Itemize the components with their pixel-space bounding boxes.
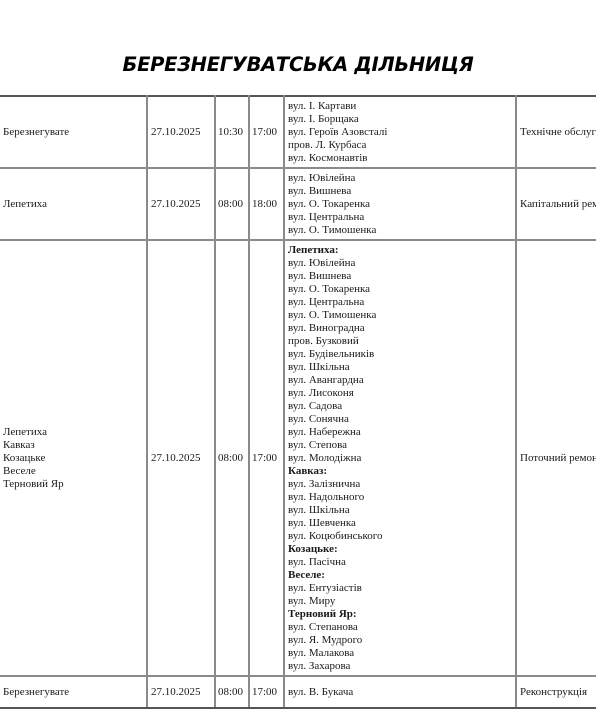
street-item: вул. Вишнева bbox=[288, 185, 515, 198]
street-item: вул. І. Картави bbox=[288, 100, 515, 113]
street-item: вул. Надольного bbox=[288, 491, 515, 504]
date-cell: 27.10.2025 bbox=[147, 96, 215, 168]
street-item: пров. Л. Курбаса bbox=[288, 139, 515, 152]
street-item: вул. Центральна bbox=[288, 211, 515, 224]
street-item: вул. Степова bbox=[288, 439, 515, 452]
settlement-group-heading: Козацьке: bbox=[288, 543, 515, 556]
street-item: вул. Захарова bbox=[288, 660, 515, 673]
street-item: вул. Шкільна bbox=[288, 504, 515, 517]
street-item: вул. Пасічна bbox=[288, 556, 515, 569]
settlement-cell: Березнегувате bbox=[0, 96, 147, 168]
street-item: пров. Бузковий bbox=[288, 335, 515, 348]
date-cell: 27.10.2025 bbox=[147, 240, 215, 676]
street-item: вул. Виноградна bbox=[288, 322, 515, 335]
street-item: вул. В. Букача bbox=[288, 686, 515, 699]
street-item: вул. Центральна bbox=[288, 296, 515, 309]
street-item: вул. Залізнична bbox=[288, 478, 515, 491]
settlement-name: Лепетиха bbox=[3, 198, 146, 211]
street-item: вул. Героїв Азовсталі bbox=[288, 126, 515, 139]
settlement-name: Веселе bbox=[3, 465, 146, 478]
settlement-name: Козацьке bbox=[3, 452, 146, 465]
street-item: вул. Авангардна bbox=[288, 374, 515, 387]
settlement-name: Кавказ bbox=[3, 439, 146, 452]
street-item: вул. Шкільна bbox=[288, 361, 515, 374]
street-item: вул. Малакова bbox=[288, 647, 515, 660]
outage-schedule-table: Березнегувате 27.10.2025 10:30 17:00 вул… bbox=[0, 95, 596, 709]
street-item: вул. Я. Мудрого bbox=[288, 634, 515, 647]
settlement-cell: ЛепетихаКавказКозацькеВеселеТерновий Яр bbox=[0, 240, 147, 676]
work-type-cell: Технічне обслуговування bbox=[516, 96, 596, 168]
streets-cell: вул. І. Картавивул. І. Борщакавул. Герої… bbox=[284, 96, 516, 168]
street-item: вул. О. Тимошенка bbox=[288, 309, 515, 322]
work-type-cell: Реконструкція bbox=[516, 676, 596, 708]
time-from-cell: 08:00 bbox=[215, 168, 249, 240]
street-item: вул. Лисоконя bbox=[288, 387, 515, 400]
time-to-cell: 17:00 bbox=[249, 240, 284, 676]
street-item: вул. Вишнева bbox=[288, 270, 515, 283]
streets-cell: вул. Ювілейнавул. Вишневавул. О. Токарен… bbox=[284, 168, 516, 240]
settlement-name: Березнегувате bbox=[3, 686, 146, 699]
table-row: ЛепетихаКавказКозацькеВеселеТерновий Яр … bbox=[0, 240, 596, 676]
settlement-group-heading: Кавказ: bbox=[288, 465, 515, 478]
work-type-cell: Поточний ремонт bbox=[516, 240, 596, 676]
street-item: вул. І. Борщака bbox=[288, 113, 515, 126]
street-item: вул. Шевченка bbox=[288, 517, 515, 530]
work-type-cell: Капітальний ремонт bbox=[516, 168, 596, 240]
street-item: вул. О. Токаренка bbox=[288, 198, 515, 211]
street-item: вул. Будівельників bbox=[288, 348, 515, 361]
settlement-cell: Березнегувате bbox=[0, 676, 147, 708]
street-item: вул. Коцюбинського bbox=[288, 530, 515, 543]
time-from-cell: 08:00 bbox=[215, 240, 249, 676]
table-row: Лепетиха 27.10.2025 08:00 18:00 вул. Юві… bbox=[0, 168, 596, 240]
street-item: вул. Космонавтів bbox=[288, 152, 515, 165]
table-row: Березнегувате 27.10.2025 08:00 17:00 вул… bbox=[0, 676, 596, 708]
street-item: вул. Садова bbox=[288, 400, 515, 413]
settlement-name: Березнегувате bbox=[3, 126, 146, 139]
settlement-group-heading: Веселе: bbox=[288, 569, 515, 582]
street-item: вул. Молодіжна bbox=[288, 452, 515, 465]
settlement-group-heading: Терновий Яр: bbox=[288, 608, 515, 621]
street-item: вул. О. Тимошенка bbox=[288, 224, 515, 237]
settlement-name: Лепетиха bbox=[3, 426, 146, 439]
streets-cell: вул. В. Букача bbox=[284, 676, 516, 708]
street-item: вул. Ентузіастів bbox=[288, 582, 515, 595]
settlement-cell: Лепетиха bbox=[0, 168, 147, 240]
street-item: вул. Ювілейна bbox=[288, 172, 515, 185]
time-to-cell: 17:00 bbox=[249, 96, 284, 168]
settlement-name: Терновий Яр bbox=[3, 478, 146, 491]
date-cell: 27.10.2025 bbox=[147, 168, 215, 240]
street-item: вул. Миру bbox=[288, 595, 515, 608]
streets-cell: Лепетиха:вул. Ювілейнавул. Вишневавул. О… bbox=[284, 240, 516, 676]
table-row: Березнегувате 27.10.2025 10:30 17:00 вул… bbox=[0, 96, 596, 168]
street-item: вул. О. Токаренка bbox=[288, 283, 515, 296]
street-item: вул. Набережна bbox=[288, 426, 515, 439]
date-cell: 27.10.2025 bbox=[147, 676, 215, 708]
settlement-group-heading: Лепетиха: bbox=[288, 244, 515, 257]
time-to-cell: 18:00 bbox=[249, 168, 284, 240]
time-from-cell: 08:00 bbox=[215, 676, 249, 708]
page-title: БЕРЕЗНЕГУВАТСЬКА ДІЛЬНИЦЯ bbox=[0, 53, 596, 76]
time-from-cell: 10:30 bbox=[215, 96, 249, 168]
street-item: вул. Ювілейна bbox=[288, 257, 515, 270]
street-item: вул. Степанова bbox=[288, 621, 515, 634]
street-item: вул. Сонячна bbox=[288, 413, 515, 426]
time-to-cell: 17:00 bbox=[249, 676, 284, 708]
